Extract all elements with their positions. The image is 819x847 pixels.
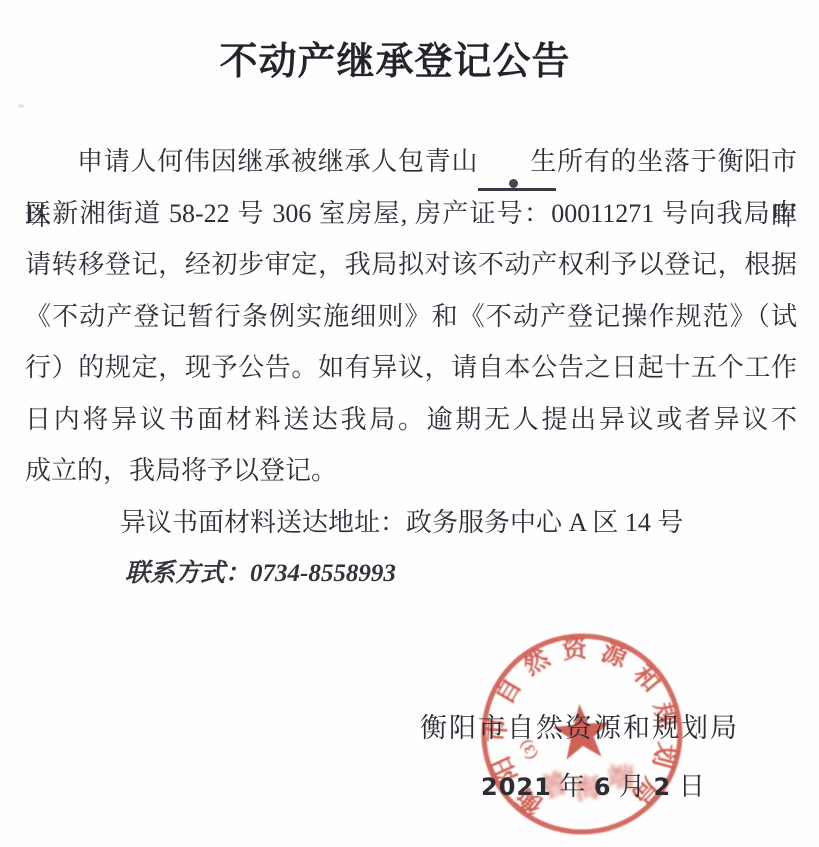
address-line: 异议书面材料送达地址：政务服务中心 A 区 14 号 xyxy=(25,497,797,549)
body-line-7: 成立的，我局将予以登记。 xyxy=(25,445,797,497)
page-title: 不动产继承登记公告 xyxy=(0,30,790,85)
body-line-1: 申请人何伟因继承被继承人包青山生所有的坐落于衡阳市珠晖 xyxy=(25,136,797,188)
body-line-6: 日内将异议书面材料送达我局。逾期无人提出异议或者异议不 xyxy=(25,394,797,446)
body-line-1-prefix: 申请人何伟因继承被继承人包青山 xyxy=(77,147,478,176)
body-line-5: 行）的规定，现予公告。如有异议，请自本公告之日起十五个工作 xyxy=(25,342,797,394)
issue-date: 2021 年 6 月 2 日 xyxy=(481,766,706,803)
date-year: 2021 xyxy=(481,773,552,801)
announcement-body: 申请人何伟因继承被继承人包青山生所有的坐落于衡阳市珠晖 区新湘街道 58-22 … xyxy=(25,136,797,600)
date-month-unit: 月 xyxy=(619,772,646,801)
date-month: 6 xyxy=(594,773,612,801)
scanned-document-page: 不动产继承登记公告 申请人何伟因继承被继承人包青山生所有的坐落于衡阳市珠晖 区新… xyxy=(0,0,819,847)
scan-speckle xyxy=(348,261,356,264)
date-day: 2 xyxy=(654,773,672,801)
svg-text:然: 然 xyxy=(518,642,555,680)
issuer-signature: 衡阳市自然资源和规划局 xyxy=(420,706,739,745)
contact-line: 联系方式：0734-8558993 xyxy=(25,548,797,600)
svg-text:源: 源 xyxy=(597,638,632,674)
svg-text:自: 自 xyxy=(490,673,527,709)
date-day-unit: 日 xyxy=(679,772,706,801)
svg-text:和: 和 xyxy=(628,661,666,698)
body-line-3: 请转移登记，经初步审定，我局拟对该不动产权利予以登记，根据 xyxy=(25,239,797,291)
svg-text:资: 资 xyxy=(561,633,589,664)
smudged-char: 生 xyxy=(478,136,556,191)
body-line-4: 《不动产登记暂行条例实施细则》和《不动产登记操作规范》（试 xyxy=(25,291,797,343)
body-line-2: 区新湘街道 58-22 号 306 室房屋, 房产证号：00011271 号向我… xyxy=(25,188,797,240)
date-year-unit: 年 xyxy=(559,772,586,801)
scan-speckle xyxy=(18,104,24,108)
